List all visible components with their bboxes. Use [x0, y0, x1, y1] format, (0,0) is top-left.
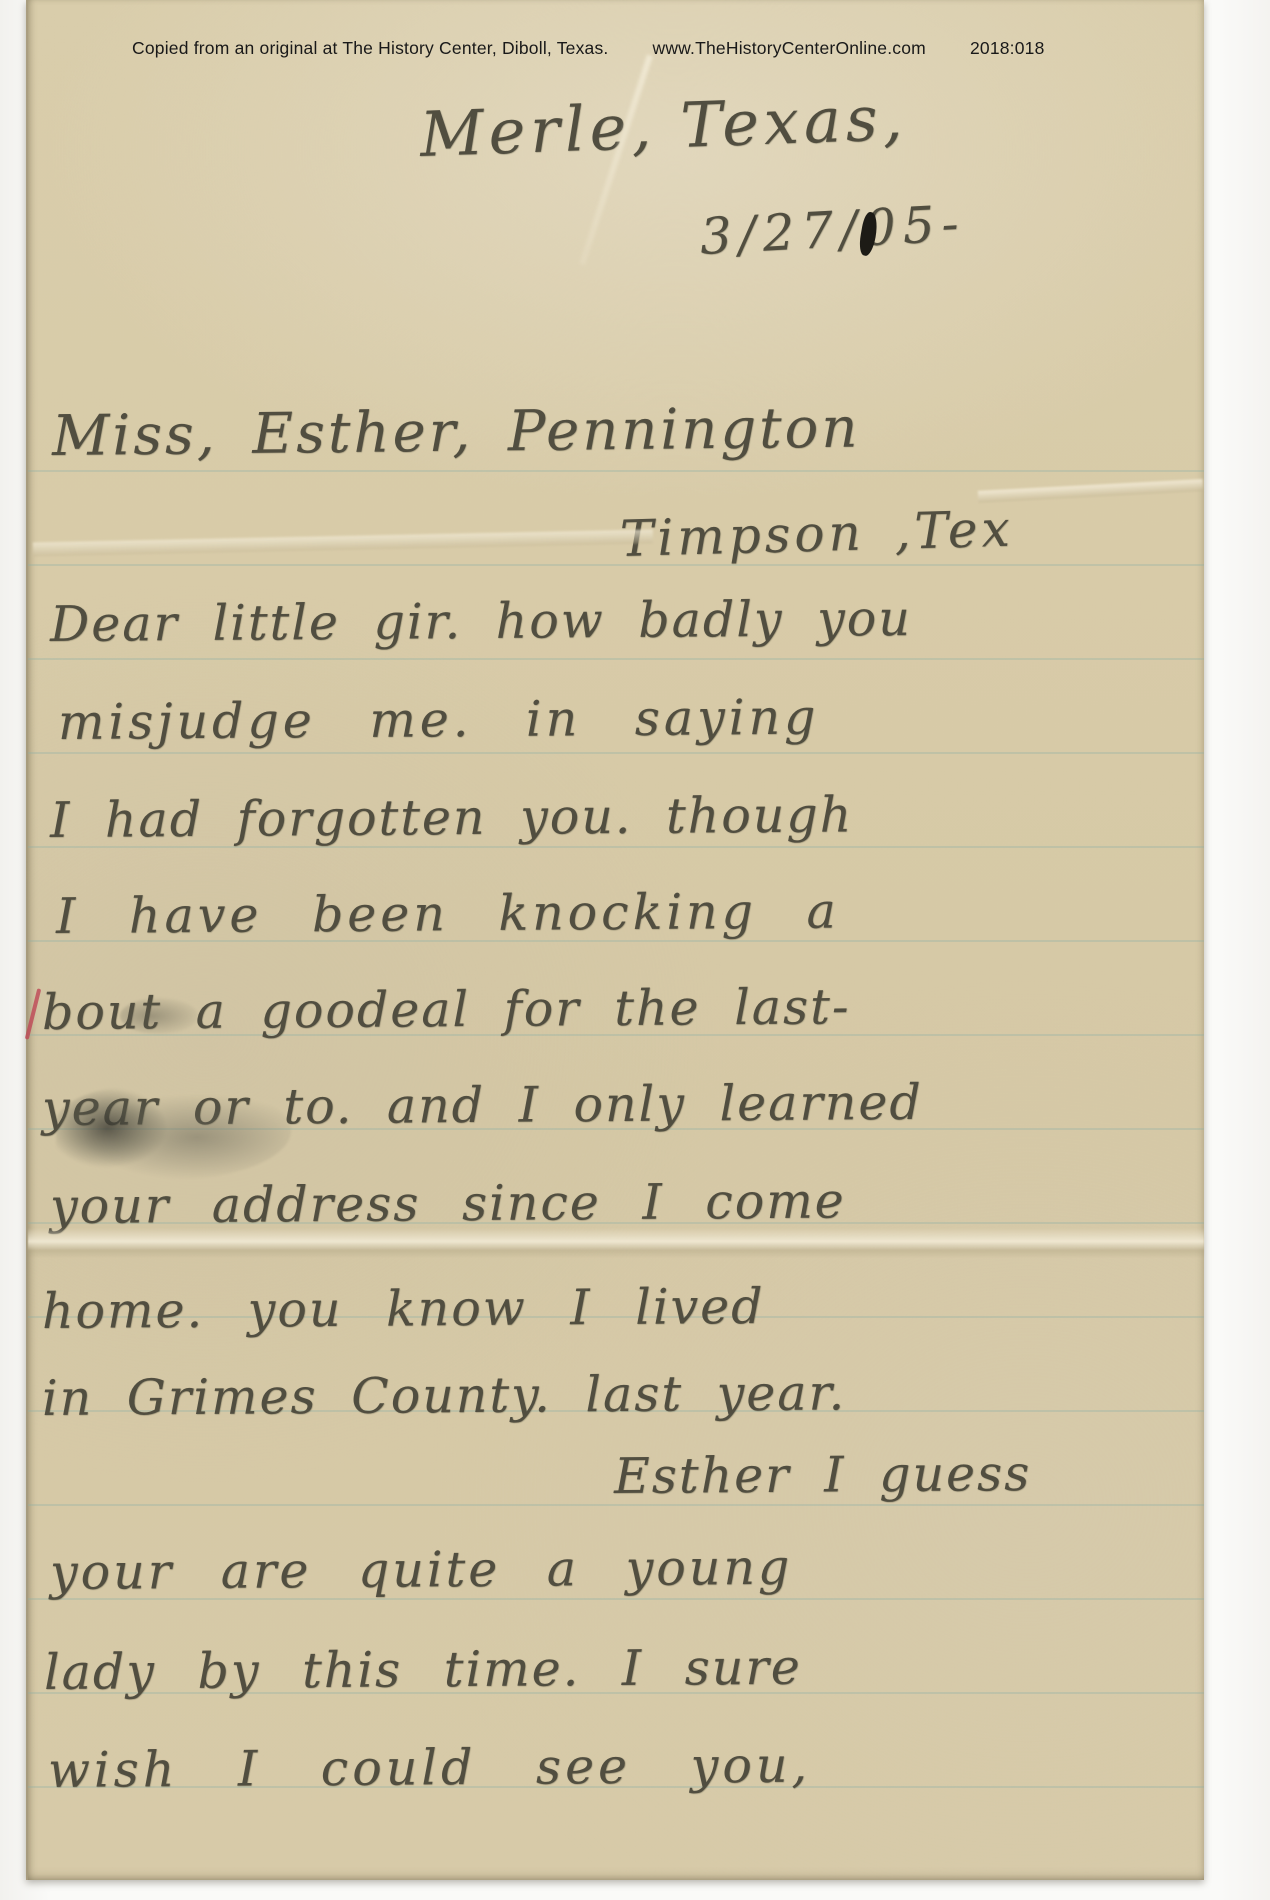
archive-accession-number: 2018:018	[970, 38, 1045, 59]
letter-paper: Copied from an original at The History C…	[26, 0, 1204, 1880]
letter-place-line: Merle, Texas,	[419, 81, 909, 171]
archive-credit: Copied from an original at The History C…	[132, 38, 609, 59]
handwritten-line: I had forgotten you. though	[50, 786, 854, 849]
recipient-city-line: Timpson ,Tex	[619, 500, 1014, 568]
letter-date-line: 3/27/05-	[698, 194, 966, 266]
handwritten-line: Esther I guess	[614, 1445, 1032, 1505]
handwritten-line: home. you know I lived	[42, 1278, 765, 1340]
red-pen-mark	[25, 988, 41, 1039]
archive-website: www.TheHistoryCenterOnline.com	[653, 38, 926, 59]
scanned-letter-page: Copied from an original at The History C…	[0, 0, 1270, 1900]
handwritten-line: in Grimes County. last year.	[42, 1364, 847, 1427]
handwritten-line: I have been knocking a	[56, 883, 840, 945]
handwritten-line: lady by this time. I sure	[44, 1639, 802, 1701]
crease-fold-right	[978, 479, 1203, 503]
handwritten-line: wish I could see you,	[48, 1737, 811, 1799]
smudge-stain-large	[56, 1085, 291, 1180]
handwritten-line: your are quite a young	[50, 1539, 793, 1601]
crease-fold-middle	[28, 1228, 1204, 1258]
handwritten-line: misjudge me. in saying	[58, 689, 820, 751]
handwritten-line: your address since I come	[50, 1172, 846, 1235]
recipient-line: Miss, Esther, Pennington	[52, 396, 861, 469]
smudge-stain-small	[120, 998, 198, 1034]
crease-fold-upper	[33, 530, 653, 557]
handwritten-line: Dear little gir. how badly you	[50, 590, 912, 653]
